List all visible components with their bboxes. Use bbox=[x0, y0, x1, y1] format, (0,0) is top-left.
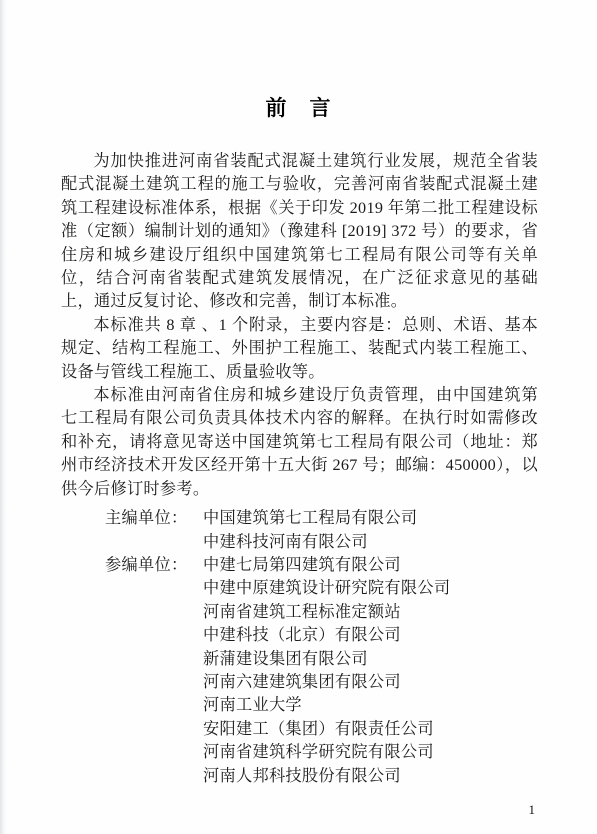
unit-role-label: 主编单位： bbox=[61, 507, 203, 530]
preface-paragraphs: 为加快推进河南省装配式混凝土建筑行业发展，规范全省装配式混凝土建筑工程的施工与验… bbox=[61, 150, 538, 501]
page-number: 1 bbox=[529, 802, 536, 818]
unit-name: 河南六建建筑集团有限公司 bbox=[203, 671, 538, 694]
unit-name: 中建中原建筑设计研究院有限公司 bbox=[203, 577, 538, 600]
unit-name: 中建七局第四建筑有限公司 bbox=[203, 554, 538, 577]
unit-name: 河南省建筑工程标准定额站 bbox=[203, 601, 538, 624]
unit-name: 河南工业大学 bbox=[203, 694, 538, 717]
unit-name: 河南省建筑科学研究院有限公司 bbox=[203, 741, 538, 764]
unit-group: 主编单位：中国建筑第七工程局有限公司中建科技河南有限公司 bbox=[61, 507, 538, 554]
unit-names: 中建七局第四建筑有限公司中建中原建筑设计研究院有限公司河南省建筑工程标准定额站中… bbox=[203, 554, 538, 788]
unit-name: 中国建筑第七工程局有限公司 bbox=[203, 507, 538, 530]
unit-name: 中建科技河南有限公司 bbox=[203, 531, 538, 554]
unit-names: 中国建筑第七工程局有限公司中建科技河南有限公司 bbox=[203, 507, 538, 554]
page-title: 前 言 bbox=[0, 96, 597, 120]
preface-paragraph: 本标准由河南省住房和城乡建设厅负责管理，由中国建筑第七工程局有限公司负责具体技术… bbox=[61, 384, 538, 501]
unit-name: 河南人邦科技股份有限公司 bbox=[203, 765, 538, 788]
editing-units-list: 主编单位：中国建筑第七工程局有限公司中建科技河南有限公司参编单位：中建七局第四建… bbox=[61, 507, 538, 788]
unit-name: 安阳建工（集团）有限责任公司 bbox=[203, 718, 538, 741]
unit-group: 参编单位：中建七局第四建筑有限公司中建中原建筑设计研究院有限公司河南省建筑工程标… bbox=[61, 554, 538, 788]
unit-name: 新蒲建设集团有限公司 bbox=[203, 648, 538, 671]
preface-body: 为加快推进河南省装配式混凝土建筑行业发展，规范全省装配式混凝土建筑工程的施工与验… bbox=[61, 150, 538, 788]
unit-name: 中建科技（北京）有限公司 bbox=[203, 624, 538, 647]
unit-role-label: 参编单位： bbox=[61, 554, 203, 577]
preface-paragraph: 为加快推进河南省装配式混凝土建筑行业发展，规范全省装配式混凝土建筑工程的施工与验… bbox=[61, 150, 538, 314]
preface-paragraph: 本标准共 8 章 、1 个附录，主要内容是：总则、术语、基本规定、结构工程施工、… bbox=[61, 314, 538, 384]
page-edge-shade bbox=[0, 0, 7, 834]
document-page: 前 言 为加快推进河南省装配式混凝土建筑行业发展，规范全省装配式混凝土建筑工程的… bbox=[0, 0, 597, 834]
